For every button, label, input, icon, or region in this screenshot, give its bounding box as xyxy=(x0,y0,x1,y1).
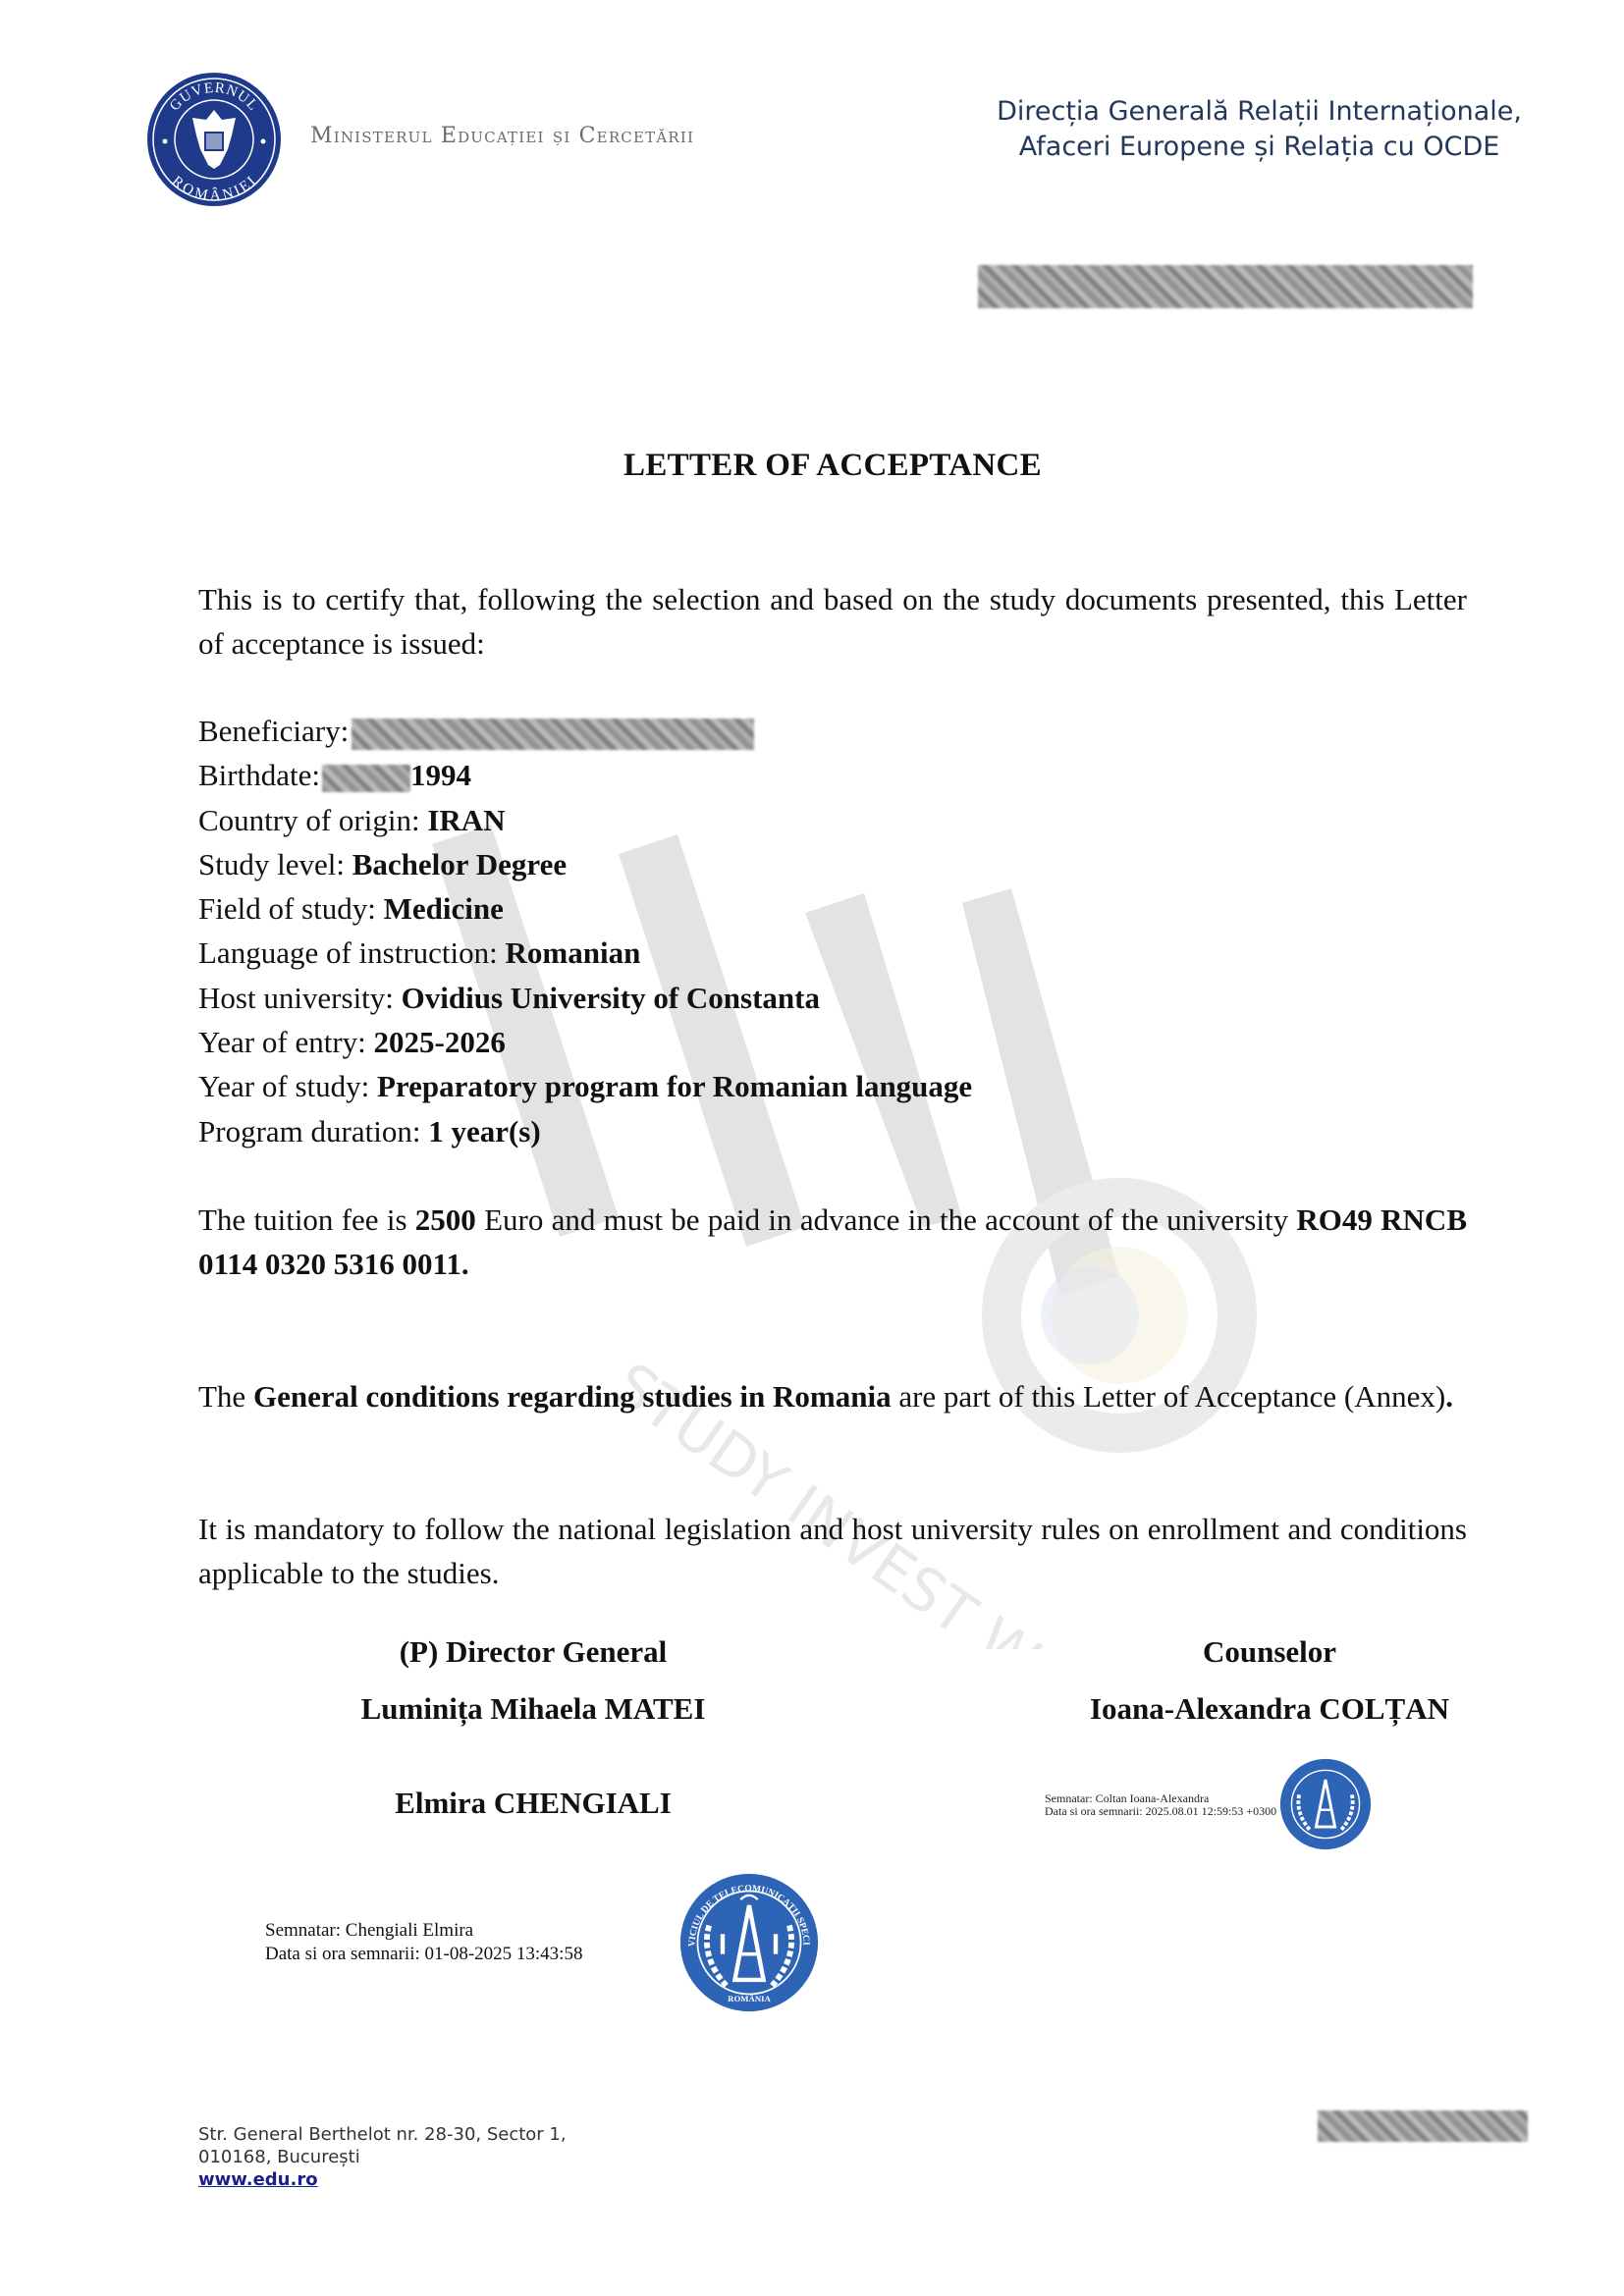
field-language-of-instruction: Language of instruction: Romanian xyxy=(198,931,972,975)
tuition-paragraph: The tuition fee is 2500 Euro and must be… xyxy=(198,1198,1467,1286)
field-host-university: Host university: Ovidius University of C… xyxy=(198,976,972,1020)
left-signatory-role: (P) Director General xyxy=(337,1634,730,1670)
address-line-2: 010168, București xyxy=(198,2146,567,2168)
field-country-of-origin: Country of origin: IRAN xyxy=(198,798,972,842)
beneficiary-details: Beneficiary: Birthdate:1994 Country of o… xyxy=(198,709,972,1153)
right-signatory-role: Counselor xyxy=(1073,1634,1466,1670)
field-value: IRAN xyxy=(427,803,505,837)
field-value: Romanian xyxy=(506,935,641,970)
directorate-line-1: Direcția Generală Relații Internaționale… xyxy=(997,94,1522,130)
field-year-of-study: Year of study: Preparatory program for R… xyxy=(198,1064,972,1108)
field-field-of-study: Field of study: Medicine xyxy=(198,886,972,931)
intro-paragraph: This is to certify that, following the s… xyxy=(198,577,1467,666)
sts-stamp-icon: SERVICIUL DE TELECOMUNICAȚII SPECIALE RO… xyxy=(677,1871,821,2014)
mandatory-paragraph: It is mandatory to follow the national l… xyxy=(198,1507,1467,1595)
field-label: Host university: xyxy=(198,981,394,1015)
redacted-reference-number xyxy=(978,265,1473,308)
left-signatory-name: Luminița Mihaela MATEI xyxy=(337,1691,730,1727)
field-label: Field of study: xyxy=(198,891,376,926)
sts-stamp-icon xyxy=(1278,1757,1373,1851)
conditions-paragraph: The General conditions regarding studies… xyxy=(198,1374,1467,1418)
ministry-name: Ministerul Educației și Cercetării xyxy=(310,124,694,148)
field-birthdate: Birthdate:1994 xyxy=(198,753,972,797)
government-of-romania-seal-icon: GUVERNUL ROMÂNIEI xyxy=(145,71,283,208)
directorate-name: Direcția Generală Relații Internaționale… xyxy=(997,94,1522,165)
field-label: Program duration: xyxy=(198,1114,420,1148)
left-signer-name: Elmira CHENGIALI xyxy=(337,1786,730,1821)
field-label: Birthdate: xyxy=(198,758,320,792)
field-label: Study level: xyxy=(198,847,345,881)
field-label: Year of study: xyxy=(198,1069,369,1103)
website-link[interactable]: www.edu.ro xyxy=(198,2169,318,2190)
field-program-duration: Program duration: 1 year(s) xyxy=(198,1109,972,1153)
field-beneficiary: Beneficiary: xyxy=(198,709,972,753)
field-label: Beneficiary: xyxy=(198,714,349,748)
redacted-birthdate xyxy=(322,765,410,792)
field-value: Bachelor Degree xyxy=(352,847,567,881)
redacted-beneficiary-name xyxy=(352,719,754,750)
document-title: LETTER OF ACCEPTANCE xyxy=(0,448,1624,484)
right-digital-signature: Semnatar: Coltan Ioana-Alexandra Data si… xyxy=(1045,1792,1276,1818)
field-year-of-entry: Year of entry: 2025-2026 xyxy=(198,1020,972,1064)
address-line-1: Str. General Berthelot nr. 28-30, Sector… xyxy=(198,2123,567,2146)
directorate-line-2: Afaceri Europene și Relația cu OCDE xyxy=(997,130,1522,165)
redacted-footer-reference xyxy=(1318,2110,1528,2142)
field-study-level: Study level: Bachelor Degree xyxy=(198,842,972,886)
field-value: Ovidius University of Constanta xyxy=(402,981,820,1015)
tuition-amount: 2500 xyxy=(415,1202,476,1237)
field-value: 1 year(s) xyxy=(428,1114,540,1148)
field-value: Preparatory program for Romanian languag… xyxy=(377,1069,972,1103)
field-label: Country of origin: xyxy=(198,803,420,837)
svg-text:ROMÂNIA: ROMÂNIA xyxy=(728,1994,771,2003)
footer-address: Str. General Berthelot nr. 28-30, Sector… xyxy=(198,2123,567,2191)
field-value: 1994 xyxy=(410,758,471,792)
field-label: Year of entry: xyxy=(198,1025,366,1059)
field-value: Medicine xyxy=(384,891,504,926)
field-label: Language of instruction: xyxy=(198,935,498,970)
left-digital-signature: Semnatar: Chengiali Elmira Data si ora s… xyxy=(265,1919,582,1966)
field-value: 2025-2026 xyxy=(374,1025,506,1059)
general-conditions-reference: General conditions regarding studies in … xyxy=(253,1379,892,1414)
right-signatory-name: Ioana-Alexandra COLȚAN xyxy=(1073,1691,1466,1727)
